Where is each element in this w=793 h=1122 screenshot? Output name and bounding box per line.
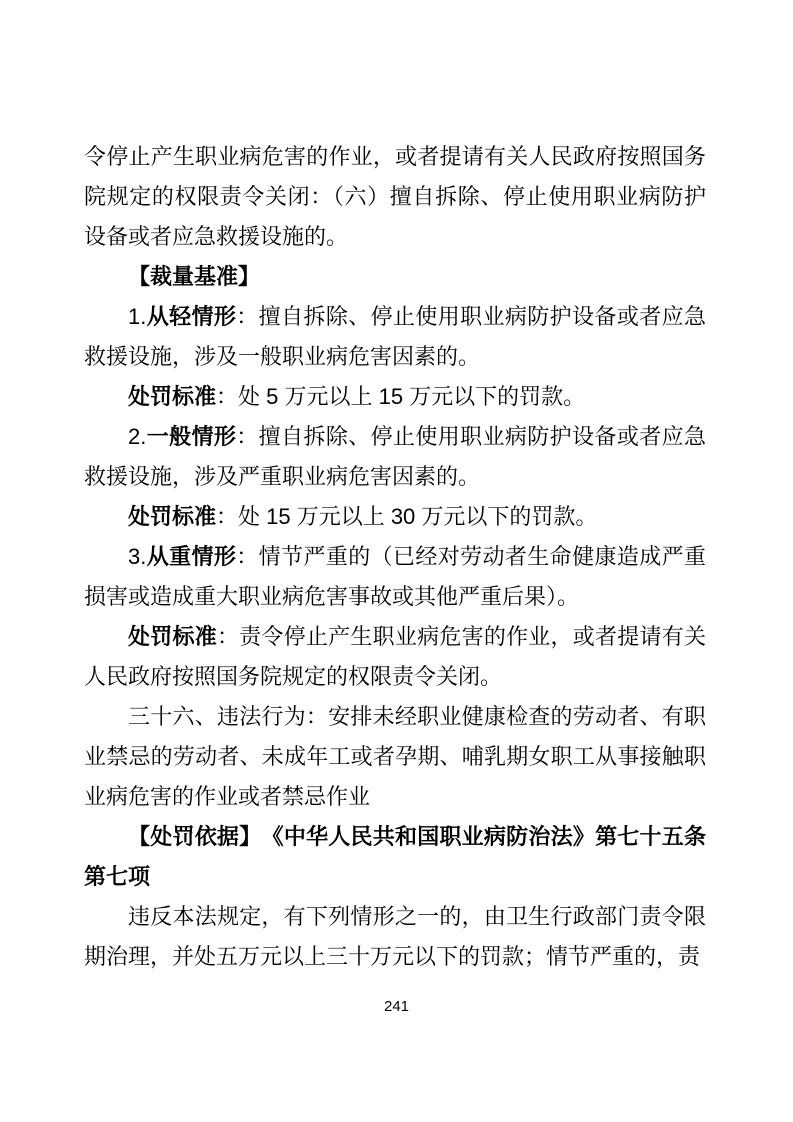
- text-run-bold: 【处罚依据】 《中华人民共和国职业病防治法》第七十五条第七项: [84, 824, 706, 889]
- text-run-bold: 从重情形: [146, 544, 236, 569]
- paragraph: 违反本法规定，有下列情形之一的，由卫生行政部门责令限期治理，并处五万元以上三十万…: [84, 897, 706, 977]
- text-run-bold: 从轻情形: [146, 304, 236, 329]
- text-run-bold: 处罚标准: [128, 624, 217, 649]
- paragraph: 【裁量基准】: [84, 257, 706, 297]
- text-run: 3.: [128, 544, 146, 569]
- paragraph: 处罚标准：责令停止产生职业病危害的作业，或者提请有关人民政府按照国务院规定的权限…: [84, 617, 706, 697]
- text-run: 三十六、违法行为：安排未经职业健康检查的劳动者、有职业禁忌的劳动者、未成年工或者…: [84, 704, 706, 809]
- paragraph: 3.从重情形：情节严重的（已经对劳动者生命健康造成严重损害或造成重大职业病危害事…: [84, 537, 706, 617]
- text-run: 2.: [128, 424, 146, 449]
- paragraph: 1.从轻情形：擅自拆除、停止使用职业病防护设备或者应急救援设施，涉及一般职业病危…: [84, 297, 706, 377]
- paragraph: 三十六、违法行为：安排未经职业健康检查的劳动者、有职业禁忌的劳动者、未成年工或者…: [84, 697, 706, 817]
- paragraph: 令停止产生职业病危害的作业，或者提请有关人民政府按照国务院规定的权限责令关闭：（…: [84, 137, 706, 257]
- text-run: 违反本法规定，有下列情形之一的，由卫生行政部门责令限期治理，并处五万元以上三十万…: [84, 904, 706, 969]
- text-run: 1.: [128, 304, 146, 329]
- text-run-bold: 【裁量基准】: [128, 264, 260, 289]
- document-body: 令停止产生职业病危害的作业，或者提请有关人民政府按照国务院规定的权限责令关闭：（…: [84, 137, 706, 977]
- text-run-bold: 一般情形: [146, 424, 236, 449]
- paragraph: 处罚标准：处 5 万元以上 15 万元以下的罚款。: [84, 377, 706, 417]
- text-run: ：处 5 万元以上 15 万元以下的罚款。: [216, 384, 585, 409]
- text-run: 令停止产生职业病危害的作业，或者提请有关人民政府按照国务院规定的权限责令关闭：（…: [84, 144, 706, 249]
- text-run: ：处 15 万元以上 30 万元以下的罚款。: [216, 504, 597, 529]
- paragraph: 2.一般情形：擅自拆除、停止使用职业病防护设备或者应急救援设施，涉及严重职业病危…: [84, 417, 706, 497]
- page-number: 241: [384, 998, 409, 1015]
- text-run-bold: 处罚标准: [128, 504, 216, 529]
- paragraph: 处罚标准：处 15 万元以上 30 万元以下的罚款。: [84, 497, 706, 537]
- text-run-bold: 处罚标准: [128, 384, 216, 409]
- document-page: 令停止产生职业病危害的作业，或者提请有关人民政府按照国务院规定的权限责令关闭：（…: [0, 0, 793, 1122]
- paragraph: 【处罚依据】 《中华人民共和国职业病防治法》第七十五条第七项: [84, 817, 706, 897]
- page-footer: 241: [0, 997, 793, 1017]
